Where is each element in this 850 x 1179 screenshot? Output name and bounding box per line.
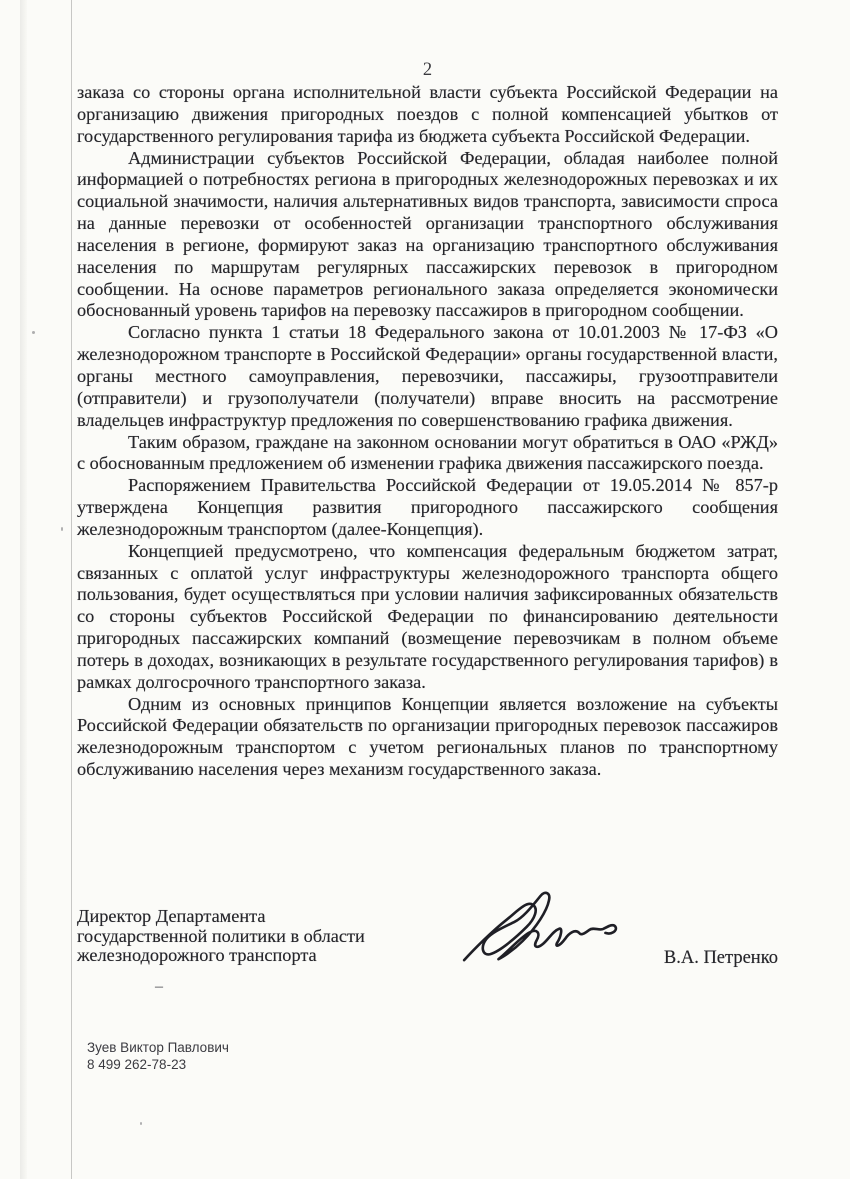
scan-edge-shadow — [20, 0, 27, 1179]
paragraph: Таким образом, граждане на законном осно… — [77, 432, 778, 476]
signer-name: В.А. Петренко — [77, 948, 778, 969]
scan-artifact-line — [71, 0, 72, 1179]
executor-contact: Зуев Виктор Павлович 8 499 262-78-23 — [87, 1040, 229, 1073]
paragraph: Согласно пункта 1 статьи 18 Федерального… — [77, 322, 778, 431]
scan-speck — [140, 1122, 142, 1125]
paragraph: Концепцией предусмотрено, что компенсаци… — [77, 541, 778, 694]
executor-phone: 8 499 262-78-23 — [87, 1057, 229, 1074]
scan-speck — [61, 527, 63, 531]
executor-name: Зуев Виктор Павлович — [87, 1040, 229, 1057]
paragraph: Администрации субъектов Российской Федер… — [77, 148, 778, 323]
paragraph: Одним из основных принципов Концепции яв… — [77, 694, 778, 781]
stray-mark: – — [155, 978, 163, 996]
letter-body: заказа со стороны органа исполнительной … — [77, 82, 778, 781]
scanned-letter-page: 2 заказа со стороны органа исполнительно… — [0, 0, 850, 1179]
page-number: 2 — [77, 60, 778, 81]
paragraph-continuation: заказа со стороны органа исполнительной … — [77, 82, 778, 148]
signer-title-line: государственной политики в области — [77, 927, 437, 947]
signer-title-line: Директор Департамента — [77, 907, 437, 927]
scan-speck — [32, 331, 35, 334]
handwritten-signature-icon — [448, 886, 670, 998]
paragraph: Распоряжением Правительства Российской Ф… — [77, 475, 778, 541]
